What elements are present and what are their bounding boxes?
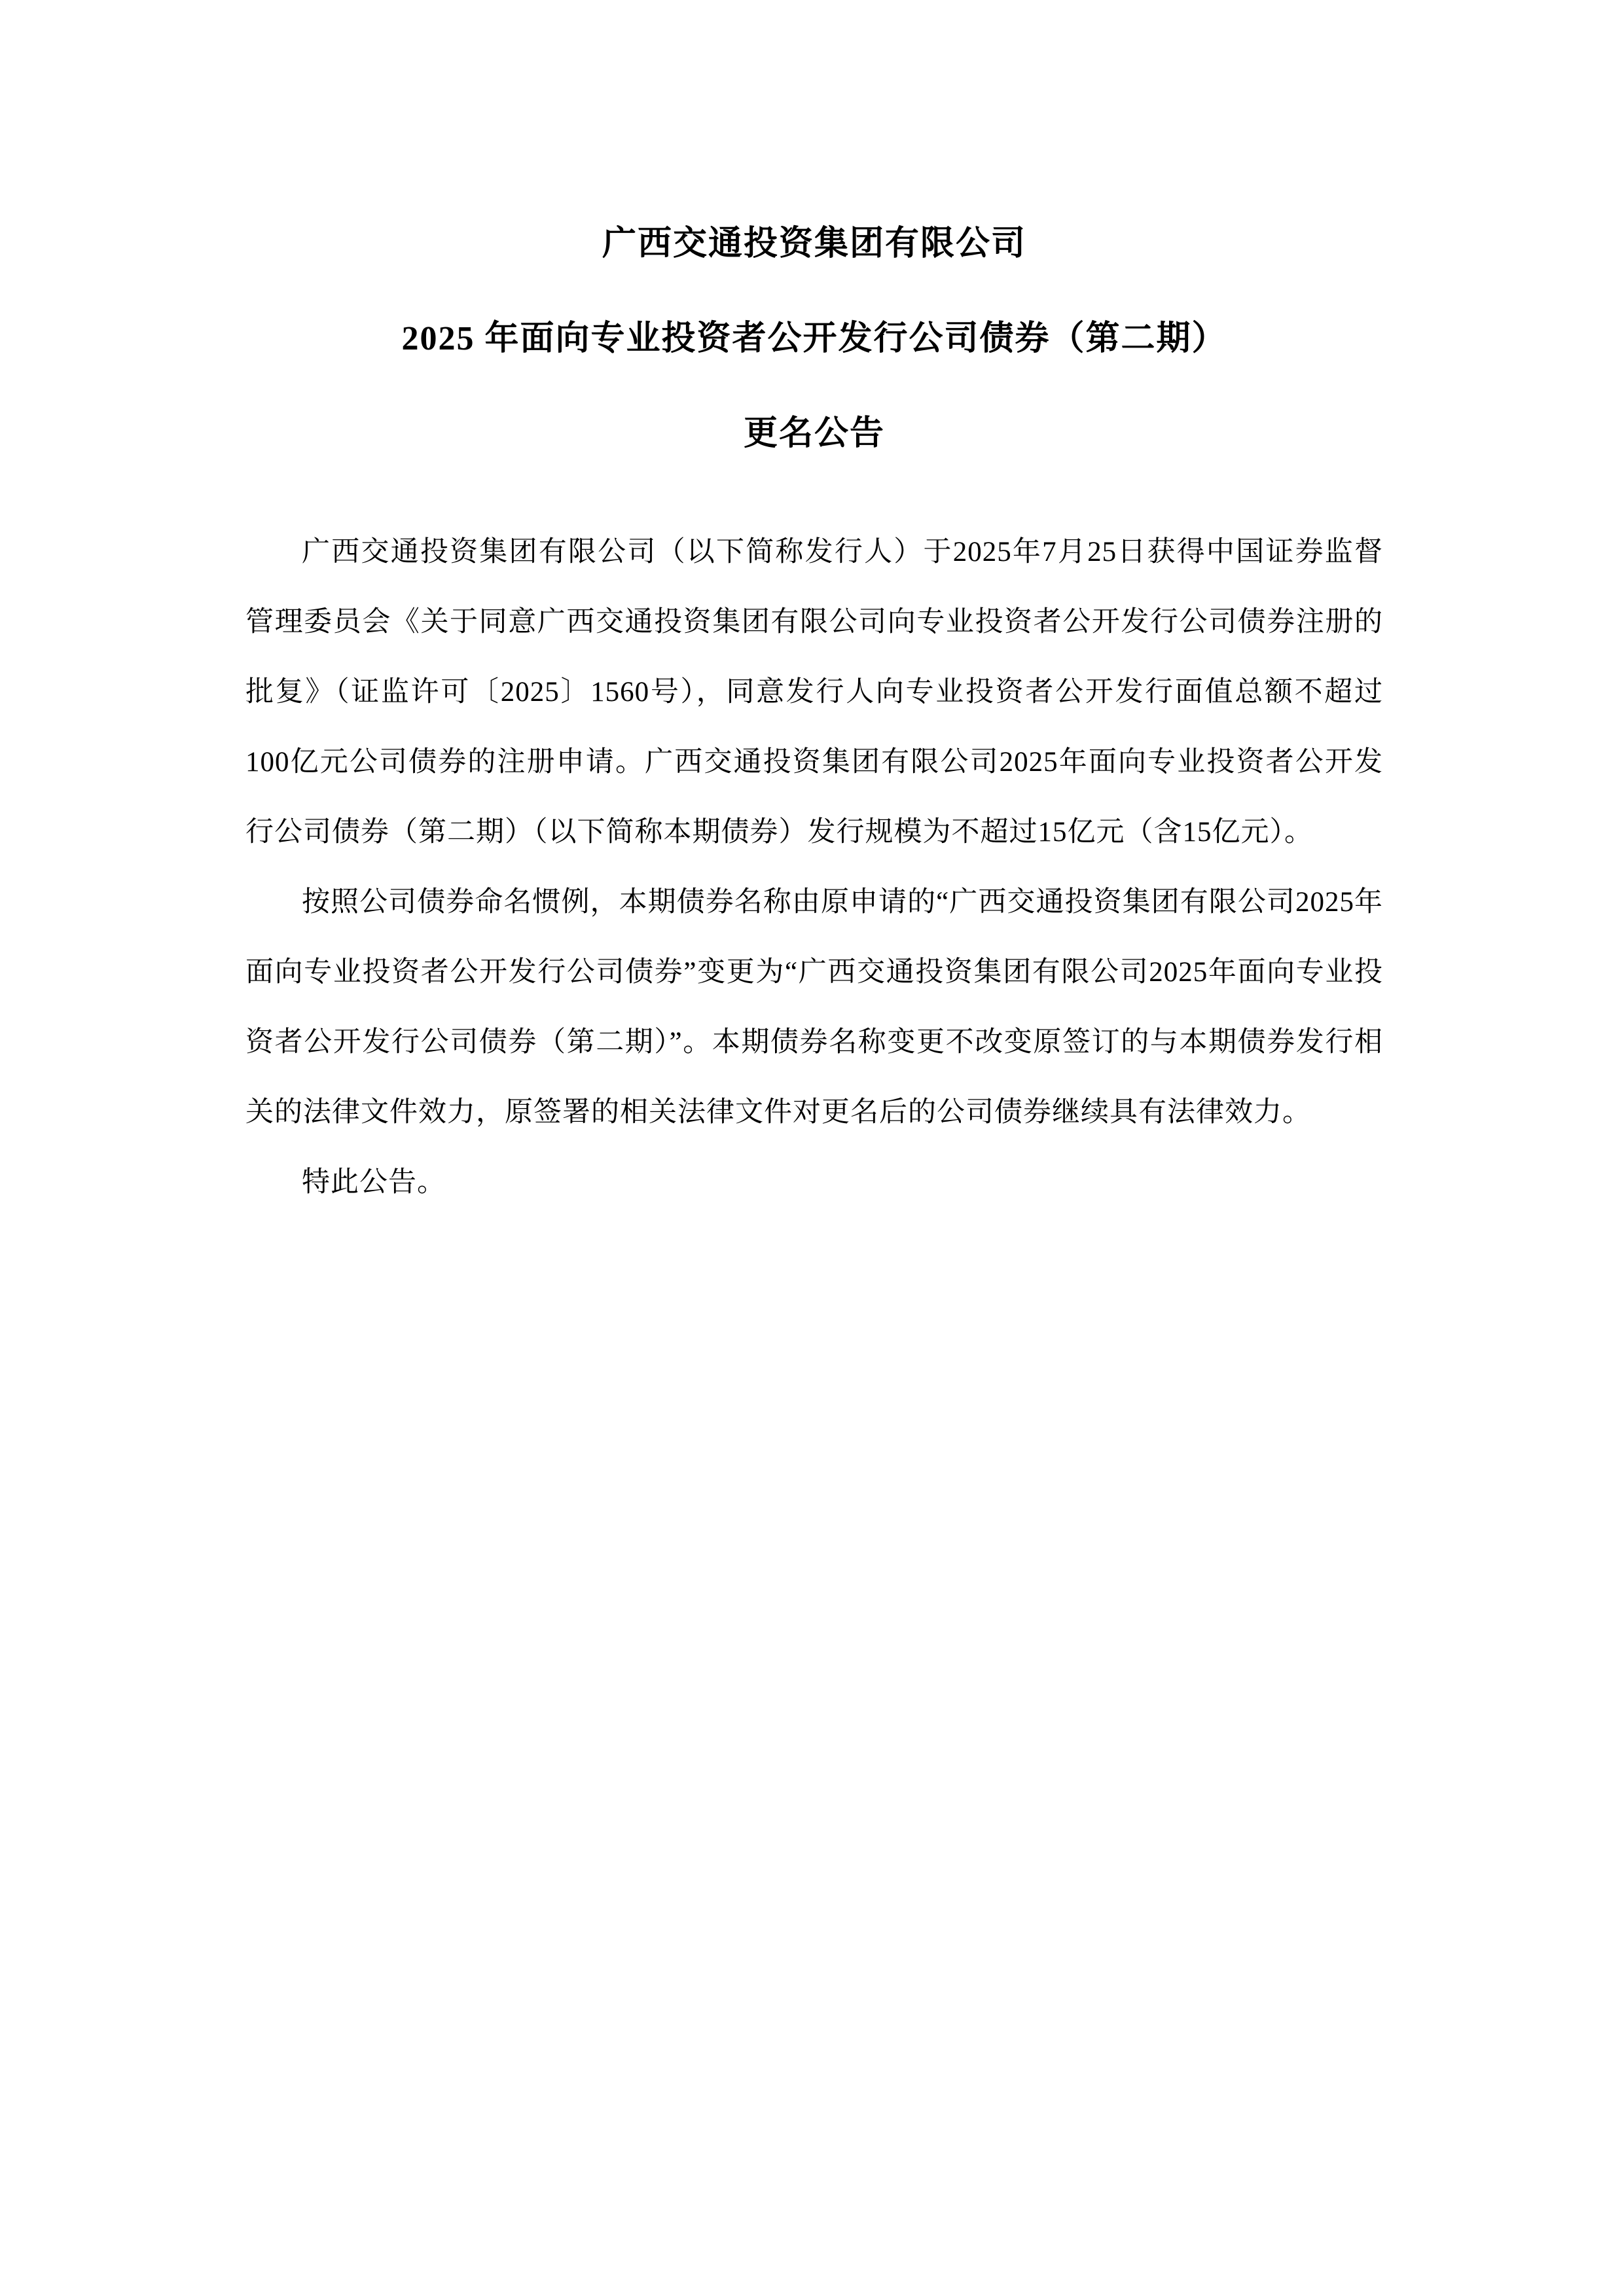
paragraph-approval-details: 广西交通投资集团有限公司（以下简称发行人）于2025年7月25日获得中国证券监督… — [245, 517, 1383, 867]
document-body: 广西交通投资集团有限公司（以下简称发行人）于2025年7月25日获得中国证券监督… — [245, 517, 1383, 1217]
document-page: 广西交通投资集团有限公司 2025 年面向专业投资者公开发行公司债券（第二期） … — [0, 0, 1624, 2296]
paragraph-name-change-details: 按照公司债券命名惯例，本期债券名称由原申请的“广西交通投资集团有限公司2025年… — [245, 867, 1383, 1147]
title-line-announcement-type: 更名公告 — [245, 386, 1383, 481]
document-title: 广西交通投资集团有限公司 2025 年面向专业投资者公开发行公司债券（第二期） … — [245, 196, 1383, 481]
title-line-company-name: 广西交通投资集团有限公司 — [245, 196, 1383, 291]
title-line-bond-name: 2025 年面向专业投资者公开发行公司债券（第二期） — [245, 291, 1383, 386]
document-content: 广西交通投资集团有限公司 2025 年面向专业投资者公开发行公司债券（第二期） … — [245, 0, 1383, 1217]
paragraph-closing-statement: 特此公告。 — [245, 1147, 1383, 1217]
